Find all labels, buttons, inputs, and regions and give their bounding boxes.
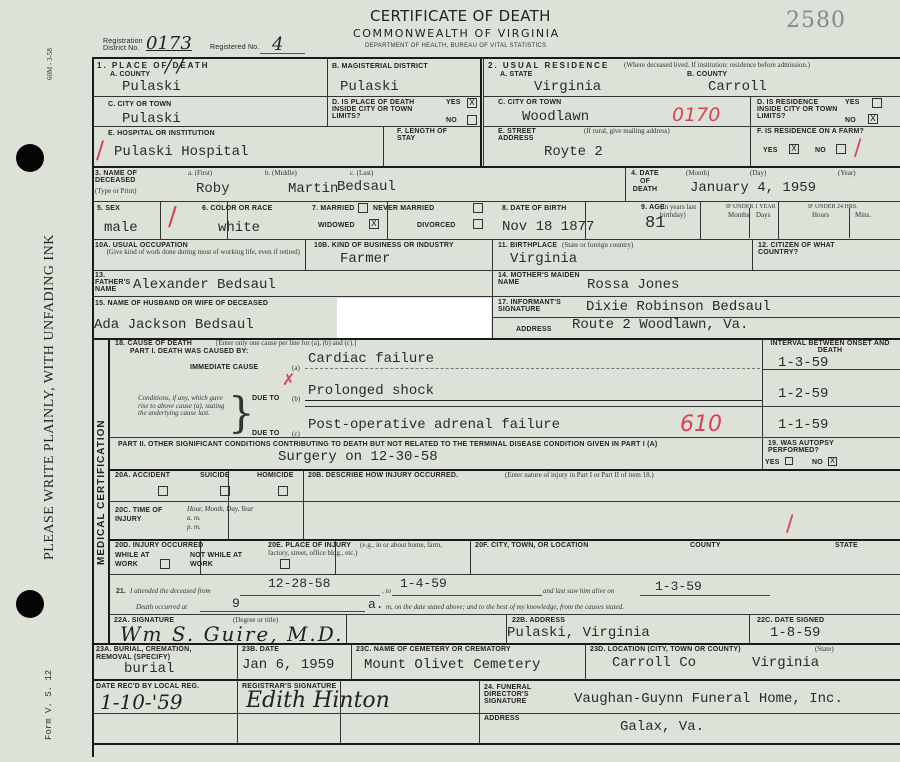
autopsy-no-label: NO <box>812 459 823 466</box>
div-v <box>327 96 328 126</box>
line <box>392 595 542 596</box>
magisterial-value: Pulaski <box>340 80 399 94</box>
due-to-c-label: DUE TO <box>252 430 280 437</box>
informant-value: Dixie Robinson Bedsaul <box>586 300 771 314</box>
first-name-label: a. (First) <box>188 170 212 178</box>
days-label: Days <box>756 212 770 220</box>
part1-label: PART I. DEATH WAS CAUSED BY: <box>130 348 248 355</box>
funeral-address-label: ADDRESS <box>484 715 520 722</box>
div-v <box>483 58 484 166</box>
month-label: (Month) <box>686 170 709 178</box>
race-label: 6. COLOR OR RACE <box>202 205 272 212</box>
last-name-label: c. (Last) <box>350 170 373 178</box>
res-inside-limits-label: d. IS RESIDENCE INSIDE CITY OR TOWN LIMI… <box>757 99 842 120</box>
margin-form-code: Form V. S. 12 <box>44 670 54 740</box>
div-v <box>750 96 751 166</box>
citizen-label: 12. CITIZEN OF WHAT COUNTRY? <box>758 242 868 256</box>
div-v <box>237 644 238 679</box>
to-text: , to <box>382 588 391 596</box>
farm-yes-checkbox[interactable]: X <box>789 144 799 154</box>
homicide-checkbox[interactable] <box>278 486 288 496</box>
conditions-brace: } <box>228 392 255 434</box>
div-v <box>849 208 850 238</box>
div-v <box>778 201 779 239</box>
burial-type-label: 23a. BURIAL, CREMATION, REMOVAL (Specify… <box>96 646 226 662</box>
birthplace-note: (State or foreign country) <box>562 242 633 250</box>
married-checkbox[interactable] <box>358 203 368 213</box>
day-label: (Day) <box>750 170 766 178</box>
accident-checkbox[interactable] <box>158 486 168 496</box>
registration-district-value: 0173 <box>146 33 192 54</box>
not-while-work-checkbox[interactable] <box>280 559 290 569</box>
death-city-label: c. CITY OR TOWN <box>108 101 171 108</box>
line <box>240 595 380 596</box>
div-v <box>160 201 161 239</box>
informant-address-value: Route 2 Woodlawn, Va. <box>572 318 748 332</box>
div-v <box>625 167 626 201</box>
medical-certification-label: MEDICAL CERTIFICATION <box>96 419 107 565</box>
inside-limits-label: d. IS PLACE OF DEATH INSIDE CITY OR TOWN… <box>332 99 432 120</box>
usual-residence-note: (Where deceased lived. If institution: r… <box>624 62 810 70</box>
date-of-death-value: January 4, 1959 <box>690 181 816 195</box>
cause-b-interval: 1-2-59 <box>778 387 828 401</box>
registered-no-value: 4 <box>272 34 283 55</box>
county-label: a. COUNTY <box>110 71 150 78</box>
burial-date-value: Jan 6, 1959 <box>242 658 334 672</box>
middle-name-value: Martin <box>288 182 338 196</box>
attended-to-value: 1-4-59 <box>400 577 447 591</box>
div-h <box>92 643 900 645</box>
birth-value: Nov 18 1877 <box>502 220 594 234</box>
sex-value: male <box>104 221 138 235</box>
div-v <box>749 615 750 643</box>
div-h <box>92 239 900 240</box>
name-of-deceased-label: 3. NAME OF DECEASED <box>95 170 155 184</box>
div-h <box>92 166 900 168</box>
div-v <box>346 615 347 643</box>
father-value: Alexander Bedsaul <box>133 278 276 292</box>
frame-left <box>92 57 94 757</box>
describe-injury-note: (Enter nature of injury in Part I or Par… <box>505 472 654 480</box>
time-note: Hour, Month, Day, Year <box>187 506 254 514</box>
line <box>200 611 365 612</box>
am-label: a. m. <box>187 515 201 523</box>
middle-name-label: b. (Middle) <box>265 170 297 178</box>
div-v <box>303 470 304 539</box>
inside-limits-yes-label: YES <box>446 99 461 106</box>
accident-label: 20a. ACCIDENT <box>115 472 170 479</box>
time-of-injury-label: 20c. TIME OF INJURY <box>115 506 173 524</box>
div-h <box>762 369 900 370</box>
never-married-checkbox[interactable] <box>473 203 483 213</box>
farm-no-checkbox[interactable] <box>836 144 846 154</box>
red-strike-mark: ✗ <box>282 370 295 389</box>
medical-frame <box>108 338 110 643</box>
burial-location-label: 23d. LOCATION (City, town or county) <box>590 646 741 653</box>
cause-c-interval: 1-1-59 <box>778 418 828 432</box>
cause-c-value: Post-operative adrenal failure <box>308 418 560 432</box>
spouse-label: 15. NAME OF HUSBAND OR WIFE OF DECEASED <box>95 300 268 307</box>
spouse-value: Ada Jackson Bedsaul <box>94 318 254 332</box>
cause-a-interval: 1-3-59 <box>778 356 828 370</box>
res-street-note: (If rural, give mailing address) <box>584 128 670 136</box>
burial-type-value: burial <box>124 662 174 676</box>
death-hour-value: 9 <box>232 597 240 611</box>
injury-occurred-label: 20d. INJURY OCCURRED <box>115 542 203 549</box>
registered-no-label: Registered No. <box>210 44 260 51</box>
div-v <box>383 126 384 166</box>
div-h <box>92 270 900 271</box>
informant-address-label: ADDRESS <box>516 326 552 333</box>
age-note: (In years last birthday) <box>660 204 708 219</box>
div-h <box>92 713 900 714</box>
suicide-checkbox[interactable] <box>220 486 230 496</box>
frame-bottom <box>92 743 900 745</box>
res-state-label: a. STATE <box>500 71 532 78</box>
line <box>640 595 770 596</box>
first-name-value: Roby <box>196 182 230 196</box>
attended-from-value: 12-28-58 <box>268 577 330 591</box>
binder-hole-bottom <box>16 590 44 618</box>
business-value: Farmer <box>340 252 390 266</box>
div-h <box>483 96 900 97</box>
div-v <box>752 239 753 270</box>
burial-state-value: Virginia <box>752 656 819 670</box>
pm-label: p. m. <box>187 524 201 532</box>
mother-value: Rossa Jones <box>587 278 679 292</box>
cause-b-value: Prolonged shock <box>308 384 434 398</box>
mother-label: 14. MOTHER'S MAIDEN NAME <box>498 272 586 286</box>
not-while-work-label: NOT WHILE AT WORK <box>190 551 250 569</box>
cause-a-line <box>305 368 760 369</box>
mins-label: Mins. <box>855 212 871 220</box>
div-h <box>92 96 480 97</box>
date-received-label: DATE REC'D BY LOCAL REG. <box>96 683 199 690</box>
res-street-label: e. STREET ADDRESS <box>498 128 548 142</box>
after-text: m, on the date stated above; and to the … <box>386 604 624 612</box>
death-county-value: Pulaski <box>122 80 181 94</box>
registration-district-label: Registration District No. <box>103 38 147 52</box>
div-v <box>585 644 586 679</box>
red-tick-injury: / <box>786 512 793 537</box>
burial-location-value: Carroll Co <box>612 656 696 670</box>
autopsy-no-checkbox[interactable]: X <box>828 457 837 466</box>
suicide-label: SUICIDE <box>200 472 230 479</box>
inside-limits-no-label: NO <box>446 117 457 124</box>
place-of-injury-note: (e.g., in or about home, farm, factory, … <box>268 542 443 557</box>
cause-label: 18. CAUSE OF DEATH <box>115 340 192 347</box>
div-h <box>108 501 900 502</box>
business-label: 10b. KIND OF BUSINESS OR INDUSTRY <box>314 242 454 249</box>
death-ampm-value: a. <box>368 598 384 612</box>
div-h <box>92 679 900 681</box>
months-label: Months <box>728 212 749 220</box>
married-label: 7. MARRIED <box>312 205 354 212</box>
birth-label: 8. DATE OF BIRTH <box>502 205 567 212</box>
injury-county-label: COUNTY <box>690 542 721 549</box>
interval-label: INTERVAL BETWEEN ONSET AND DEATH <box>770 340 890 354</box>
date-signed-value: 1-8-59 <box>770 626 820 640</box>
red-check-mark: / <box>96 136 104 164</box>
inside-limits-no-checkbox[interactable] <box>467 115 477 125</box>
div-h <box>108 469 900 471</box>
year-label: (Year) <box>838 170 856 178</box>
conditions-note: Conditions, if any, which gave rise to a… <box>138 395 228 418</box>
registered-no-line <box>260 53 305 54</box>
registrar-signature: Edith Hinton <box>246 688 390 713</box>
binder-hole-top <box>16 144 44 172</box>
date-received-value: 1-10-'59 <box>100 690 183 714</box>
date-of-death-label: 4. DATE OF DEATH <box>630 170 660 194</box>
cause-a-value: Cardiac failure <box>308 352 434 366</box>
injury-city-label: 20f. CITY, TOWN, OR LOCATION <box>475 542 588 549</box>
burial-state-label: (State) <box>815 646 834 654</box>
div-v <box>762 339 763 469</box>
name-note: (Type or Print) <box>95 188 137 196</box>
cause-b-line <box>305 400 762 401</box>
part2-value: Surgery on 12-30-58 <box>278 450 438 464</box>
div-v <box>351 644 352 679</box>
cemetery-value: Mount Olivet Cemetery <box>364 658 540 672</box>
divorced-checkbox[interactable] <box>473 219 483 229</box>
hospital-label: e. HOSPITAL OR INSTITUTION <box>108 130 215 137</box>
res-city-code: 0170 <box>672 104 720 126</box>
physician-address-value: Pulaski, Virginia <box>507 626 650 640</box>
autopsy-label: 19. WAS AUTOPSY PERFORMED? <box>768 440 868 454</box>
homicide-label: HOMICIDE <box>257 472 294 479</box>
div-h <box>108 614 900 615</box>
div-v <box>305 239 306 270</box>
due-to-b-label: DUE TO <box>252 395 280 402</box>
date-signed-label: 22c. DATE SIGNED <box>757 617 824 624</box>
cemetery-label: 23c. NAME OF CEMETERY OR CREMATORY <box>356 646 511 653</box>
birthplace-value: Virginia <box>510 252 577 266</box>
div-h <box>92 296 900 297</box>
file-number: 2580 <box>786 8 846 33</box>
div-h <box>108 437 900 438</box>
race-value: white <box>218 221 260 235</box>
commonwealth-title: COMMONWEALTH OF VIRGINIA <box>353 27 560 40</box>
part2-label: PART II. OTHER SIGNIFICANT CONDITIONS CO… <box>118 440 738 449</box>
divorced-label: DIVORCED <box>417 222 456 229</box>
widowed-label: WIDOWED <box>318 222 355 229</box>
cause-c-code: 610 <box>680 412 722 437</box>
div-v <box>470 540 471 574</box>
age-value: 81 <box>645 217 665 231</box>
injury-state-label: STATE <box>835 542 858 549</box>
div-v <box>327 58 328 96</box>
length-of-stay-label: f. LENGTH OF STAY <box>397 128 467 142</box>
county-tick-mark: / / <box>165 56 183 77</box>
farm-no-label: NO <box>815 147 826 154</box>
res-street-value: Royte 2 <box>544 145 603 159</box>
physician-address-label: 22b. ADDRESS <box>512 617 565 624</box>
res-county-label: b. COUNTY <box>687 71 727 78</box>
res-state-value: Virginia <box>534 80 601 94</box>
res-county-value: Carroll <box>708 80 767 94</box>
hours-label: Hours <box>812 212 829 220</box>
death-city-value: Pulaski <box>122 112 181 126</box>
div-h <box>108 574 900 575</box>
last-name-value: Bedsaul <box>337 180 396 194</box>
magisterial-label: b. MAGISTERIAL DISTRICT <box>332 63 428 70</box>
last-saw-text: and last saw him alive on <box>543 588 614 596</box>
burial-date-label: 23b. DATE <box>242 646 279 653</box>
div-h <box>108 539 900 541</box>
father-label: 13. FATHER'S NAME <box>95 272 135 293</box>
sex-label: 5. SEX <box>97 205 120 212</box>
margin-instruction: PLEASE WRITE PLAINLY, WITH UNFADING INK <box>42 234 58 560</box>
res-city-value: Woodlawn <box>522 110 589 124</box>
div-v <box>492 239 493 339</box>
cause-note: [Enter only one cause per line for (a), … <box>216 340 356 348</box>
res-inside-yes-label: YES <box>845 99 860 106</box>
attendance-number: 21. <box>116 588 126 596</box>
res-inside-no-checkbox[interactable]: X <box>868 114 878 124</box>
cause-b-marker: (b) <box>292 396 300 404</box>
hospital-value: Pulaski Hospital <box>114 145 248 159</box>
res-inside-no-label: NO <box>845 117 856 124</box>
funeral-director-label: 24. FUNERAL DIRECTOR'S SIGNATURE <box>484 684 564 705</box>
res-city-label: c. CITY OR TOWN <box>498 99 561 106</box>
usual-residence-label: 2. USUAL RESIDENCE <box>488 62 609 70</box>
margin-print-code: 60M - 3-58 <box>46 48 54 80</box>
red-tick-sex: / <box>168 202 177 232</box>
div-v <box>237 680 238 743</box>
department-title: DEPARTMENT OF HEALTH, BUREAU OF VITAL ST… <box>365 43 546 49</box>
funeral-address-value: Galax, Va. <box>620 720 704 734</box>
place-of-death-label: 1. PLACE OF DEATH <box>97 62 210 70</box>
describe-injury-label: 20b. DESCRIBE HOW INJURY OCCURRED. <box>308 472 458 479</box>
immediate-cause-label: IMMEDIATE CAUSE <box>190 364 258 371</box>
inside-limits-yes-checkbox[interactable]: X <box>467 98 477 108</box>
farm-yes-label: YES <box>763 147 778 154</box>
birthplace-label: 11. BIRTHPLACE <box>498 242 557 249</box>
informant-label: 17. INFORMANT'S SIGNATURE <box>498 299 578 313</box>
autopsy-yes-checkbox[interactable] <box>785 457 793 465</box>
div-h <box>483 126 900 127</box>
certificate-title: CERTIFICATE OF DEATH <box>370 7 551 25</box>
never-married-label: NEVER MARRIED <box>373 205 434 212</box>
autopsy-yes-label: YES <box>765 459 780 466</box>
while-work-label: WHILE AT WORK <box>115 551 160 569</box>
div-h <box>305 406 900 407</box>
last-saw-value: 1-3-59 <box>655 580 702 594</box>
occupation-note: (Give kind of work done during most of w… <box>95 249 300 257</box>
death-at-text: Death occurred at <box>136 604 187 612</box>
while-work-checkbox[interactable] <box>160 559 170 569</box>
frame-top <box>92 57 900 59</box>
res-inside-yes-checkbox[interactable] <box>872 98 882 108</box>
death-certificate: 60M - 3-58 PLEASE WRITE PLAINLY, WITH UN… <box>0 0 900 762</box>
redacted-field-16 <box>337 298 491 338</box>
farm-label: f. IS RESIDENCE ON A FARM? <box>757 128 864 135</box>
red-tick-farm: / <box>854 136 861 161</box>
div-v <box>480 58 482 166</box>
widowed-checkbox[interactable]: X <box>369 219 379 229</box>
attended-text: I attended the deceased from <box>130 588 211 596</box>
funeral-director-value: Vaughan-Guynn Funeral Home, Inc. <box>574 692 843 706</box>
